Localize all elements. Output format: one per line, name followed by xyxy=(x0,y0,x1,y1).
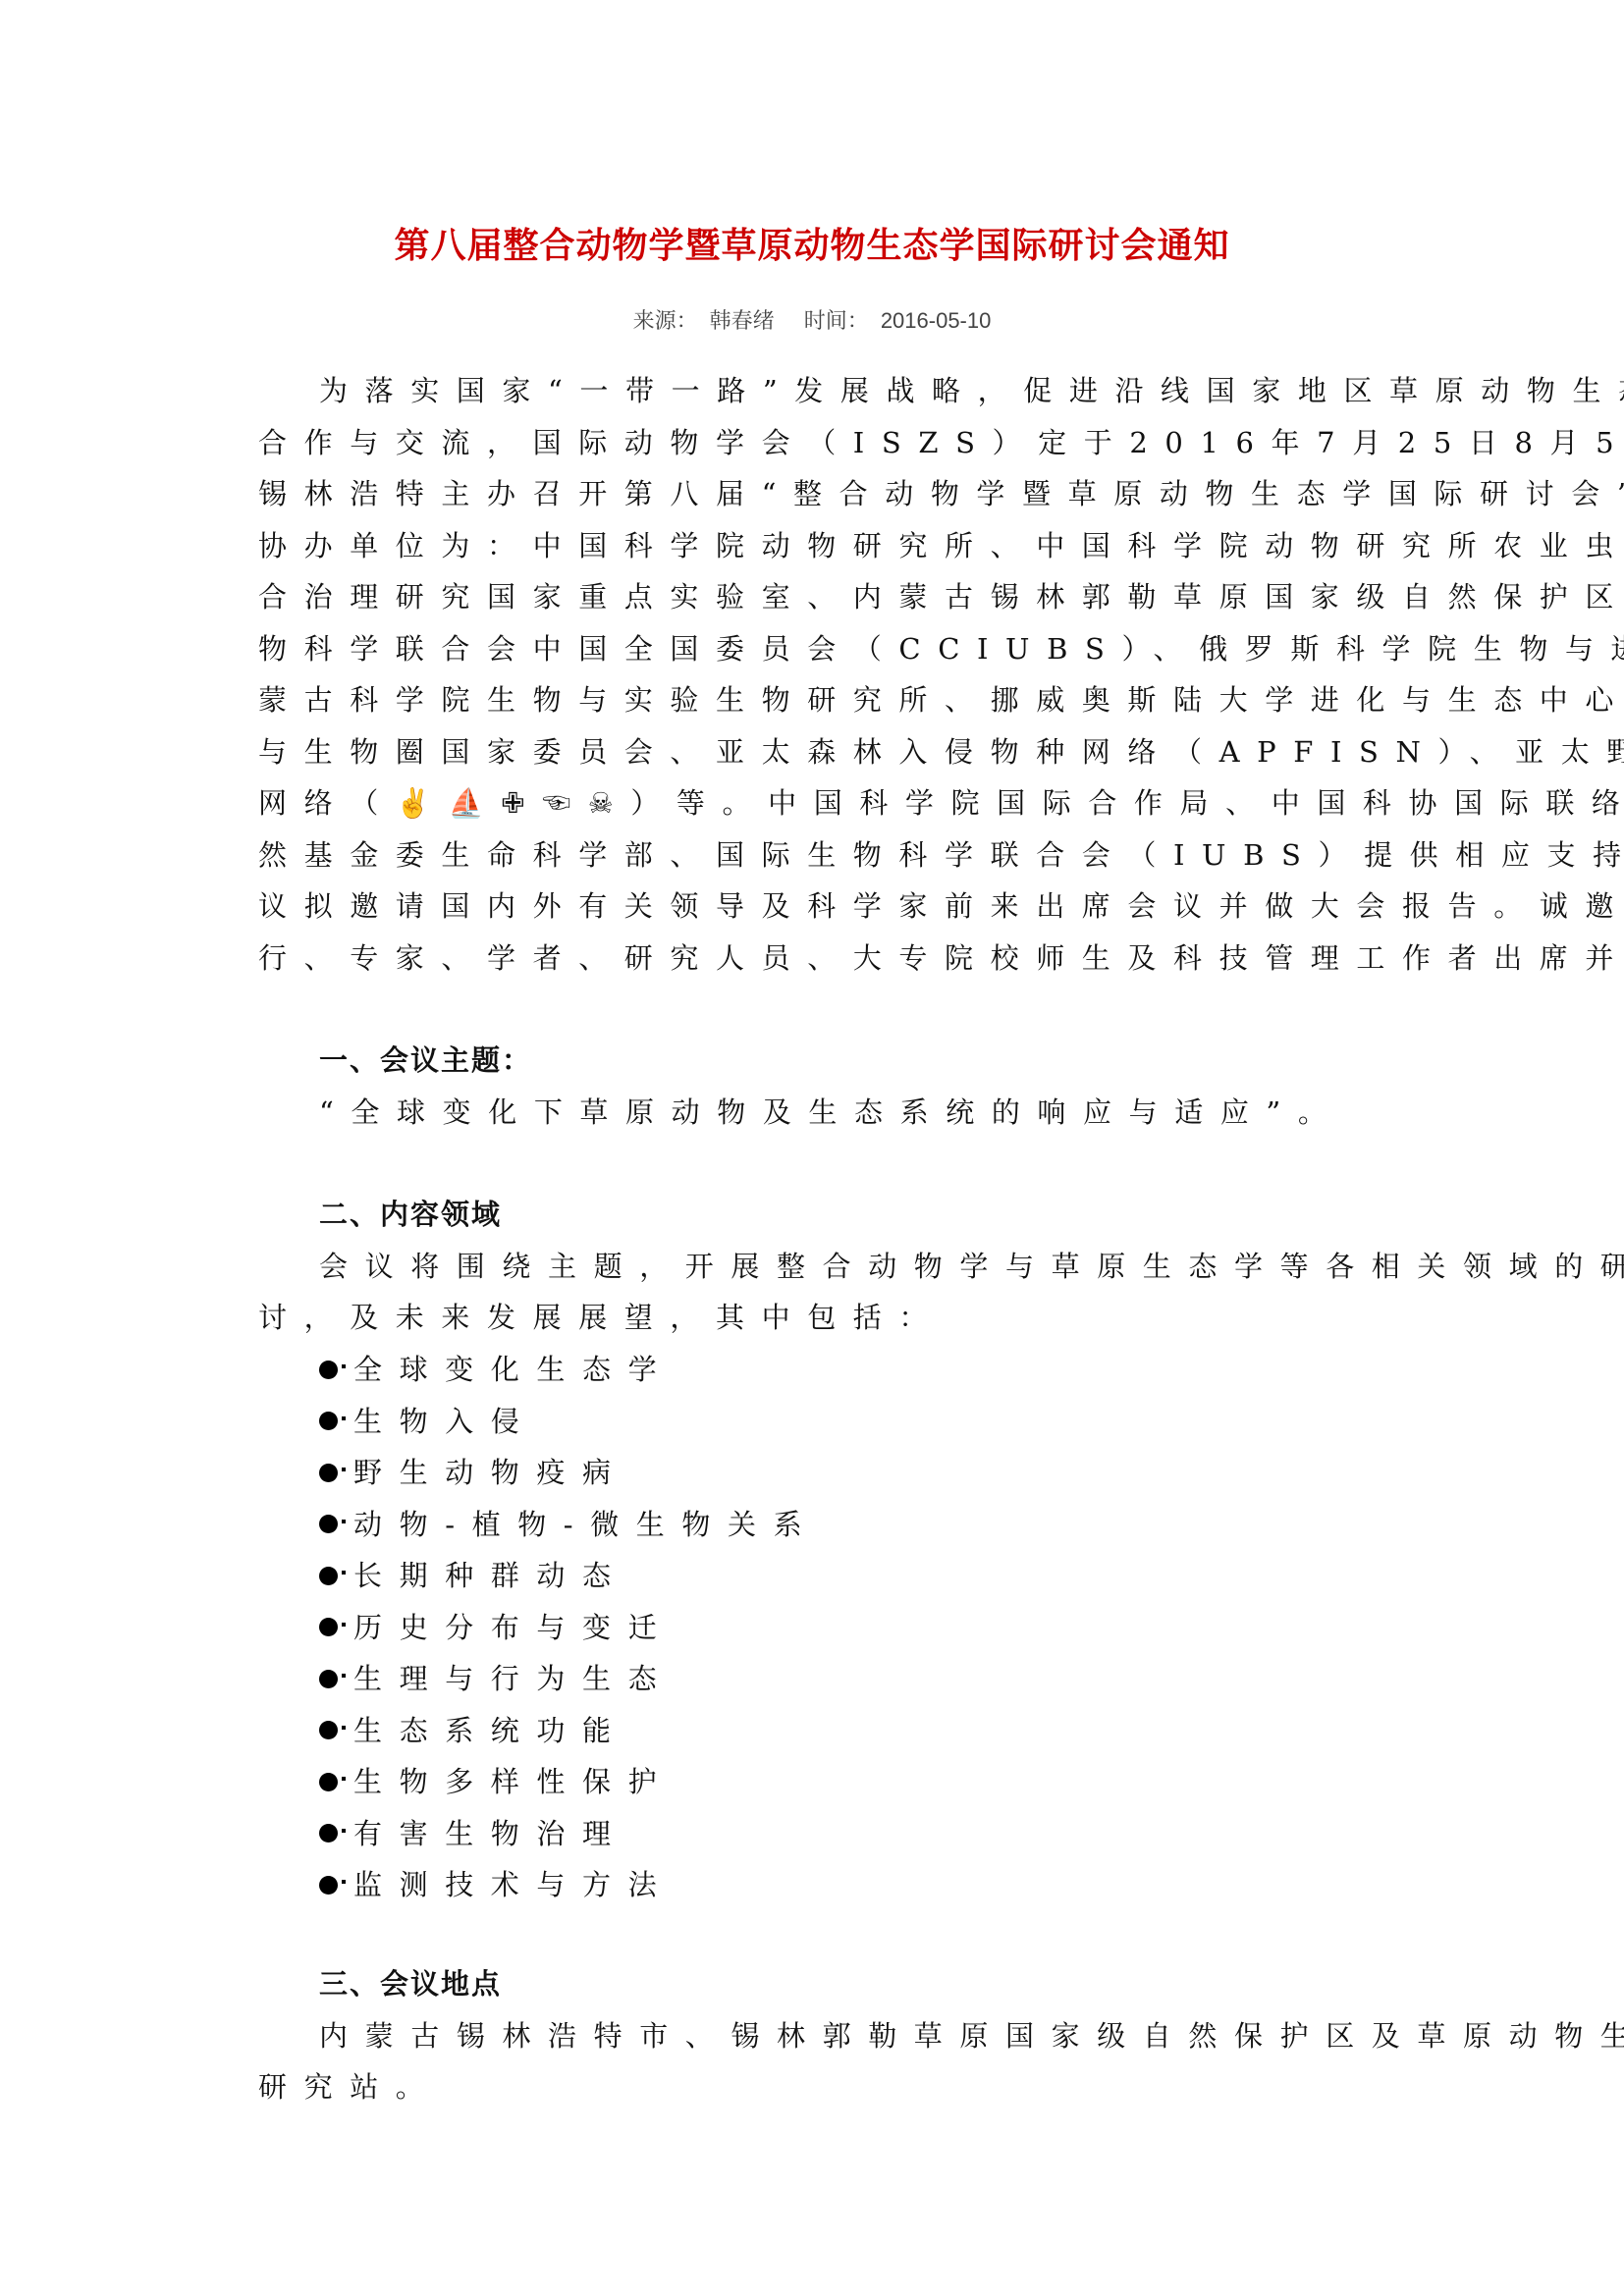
section-line: “全球变化下草原动物及生态系统的响应与适应”。 xyxy=(319,1087,1380,1139)
list-item-text: 生理与行为生态 xyxy=(353,1653,674,1705)
intro-line: 合作与交流，国际动物学会（ISZS）定于2016年7月25日8月5日在内蒙古 xyxy=(258,417,1378,469)
list-item-text: 动物-植物-微生物关系 xyxy=(353,1499,819,1551)
bullet-icon xyxy=(319,1876,338,1895)
bullet-tab-mark-icon xyxy=(342,1364,346,1368)
list-item-text: 历史分布与变迁 xyxy=(353,1602,674,1654)
bullet-icon xyxy=(319,1567,338,1585)
intro-line: 锡林浩特主办召开第八届“整合动物学暨草原动物生态学国际研讨会”。会议 xyxy=(258,468,1378,520)
intro-line: 物科学联合会中国全国委员会（CCIUBS）、俄罗斯科学院生物与进化研究所、 xyxy=(258,623,1378,675)
intro-line: 协办单位为：中国科学院动物研究所、中国科学院动物研究所农业虫害鼠害综 xyxy=(258,520,1378,572)
bullet-icon xyxy=(319,1824,338,1842)
list-item: 野生动物疫病 xyxy=(319,1447,1438,1499)
source-label-text: 来源： xyxy=(633,308,698,333)
intro-line: 为落实国家“一带一路”发展战略，促进沿线国家地区草原动物生态学的 xyxy=(258,365,1378,417)
bullet-icon xyxy=(319,1412,338,1430)
source-label: 来源：韩春绪 xyxy=(627,308,781,333)
intro-line: 合治理研究国家重点实验室、内蒙古锡林郭勒草原国家级自然保护区、国际生 xyxy=(258,571,1378,623)
section-content-areas: 二、内容领域 会议将围绕主题，开展整合动物学与草原生态学等各相关领域的研究与探 … xyxy=(258,1189,1378,1344)
time-label: 时间：2016-05-10 xyxy=(798,308,998,333)
intro-line: 议拟邀请国内外有关领导及科学家前来出席会议并做大会报告。诚邀国内外同 xyxy=(258,881,1378,933)
section-line: 内蒙古锡林浩特市、锡林郭勒草原国家级自然保护区及草原动物生态 xyxy=(258,2010,1378,2062)
list-item: 动物-植物-微生物关系 xyxy=(319,1499,1438,1551)
bullet-icon xyxy=(319,1515,338,1533)
topic-list: 全球变化生态学 生物入侵 野生动物疫病 动物-植物-微生物关系 长期种群动态 历… xyxy=(319,1344,1438,1911)
section-line: 研究站。 xyxy=(258,2061,1378,2113)
intro-line: 与生物圈国家委员会、亚太森林入侵物种网络（APFISN）、亚太野生动物疫病 xyxy=(258,726,1378,778)
bullet-icon xyxy=(319,1464,338,1482)
bullet-icon xyxy=(319,1361,338,1379)
page-title: 第八届整合动物学暨草原动物生态学国际研讨会通知 xyxy=(0,218,1624,268)
section-line: 讨，及未来发展展望，其中包括： xyxy=(258,1292,1378,1344)
section-theme: 一、会议主题： “全球变化下草原动物及生态系统的响应与适应”。 xyxy=(319,1035,1380,1138)
date-value: 2016-05-10 xyxy=(881,308,992,333)
section-venue: 三、会议地点 内蒙古锡林浩特市、锡林郭勒草原国家级自然保护区及草原动物生态 研究… xyxy=(258,1958,1378,2113)
list-item-text: 生物多样性保护 xyxy=(353,1756,674,1808)
list-item: 历史分布与变迁 xyxy=(319,1602,1438,1654)
section-line: 会议将围绕主题，开展整合动物学与草原生态学等各相关领域的研究与探 xyxy=(258,1241,1378,1293)
bullet-tab-mark-icon xyxy=(342,1777,346,1781)
time-label-text: 时间： xyxy=(804,308,869,333)
bullet-icon xyxy=(319,1721,338,1739)
list-item-text: 长期种群动态 xyxy=(353,1550,628,1602)
list-item-text: 有害生物治理 xyxy=(353,1808,628,1860)
list-item: 有害生物治理 xyxy=(319,1808,1438,1860)
list-item: 生态系统功能 xyxy=(319,1705,1438,1757)
section-heading: 一、会议主题： xyxy=(319,1035,1380,1087)
meta-line: 来源：韩春绪 时间：2016-05-10 xyxy=(0,304,1624,335)
bullet-tab-mark-icon xyxy=(342,1880,346,1884)
section-heading: 二、内容领域 xyxy=(258,1189,1378,1241)
list-item-text: 全球变化生态学 xyxy=(353,1344,674,1396)
bullet-tab-mark-icon xyxy=(342,1468,346,1471)
bullet-tab-mark-icon xyxy=(342,1623,346,1627)
list-item: 监测技术与方法 xyxy=(319,1859,1438,1911)
list-item-text: 野生动物疫病 xyxy=(353,1447,628,1499)
intro-line: 蒙古科学院生物与实验生物研究所、挪威奥斯陆大学进化与生态中心、中国人 xyxy=(258,674,1378,726)
list-item: 长期种群动态 xyxy=(319,1550,1438,1602)
section-heading: 三、会议地点 xyxy=(258,1958,1378,2010)
bullet-tab-mark-icon xyxy=(342,1571,346,1575)
bullet-icon xyxy=(319,1670,338,1688)
intro-line: 然基金委生命科学部、国际生物科学联合会（IUBS）提供相应支持与资助。会 xyxy=(258,829,1378,881)
bullet-icon xyxy=(319,1618,338,1636)
bullet-tab-mark-icon xyxy=(342,1829,346,1833)
intro-line: 行、专家、学者、研究人员、大专院校师生及科技管理工作者出席并参与会议。 xyxy=(258,933,1378,985)
list-item: 生理与行为生态 xyxy=(319,1653,1438,1705)
list-item-text: 生物入侵 xyxy=(353,1396,536,1448)
list-item: 生物多样性保护 xyxy=(319,1756,1438,1808)
bullet-tab-mark-icon xyxy=(342,1726,346,1730)
bullet-tab-mark-icon xyxy=(342,1674,346,1678)
bullet-icon xyxy=(319,1773,338,1791)
list-item: 全球变化生态学 xyxy=(319,1344,1438,1396)
intro-paragraph: 为落实国家“一带一路”发展战略，促进沿线国家地区草原动物生态学的 合作与交流，国… xyxy=(258,365,1378,984)
source-value: 韩春绪 xyxy=(710,308,775,333)
list-item: 生物入侵 xyxy=(319,1396,1438,1448)
bullet-tab-mark-icon xyxy=(342,1416,346,1420)
intro-line: 网络（✌⛵✙☜☠）等。中国科学院国际合作局、中国科协国际联络部、国家自 xyxy=(258,777,1378,829)
bullet-tab-mark-icon xyxy=(342,1520,346,1523)
list-item-text: 生态系统功能 xyxy=(353,1705,628,1757)
list-item-text: 监测技术与方法 xyxy=(353,1859,674,1911)
